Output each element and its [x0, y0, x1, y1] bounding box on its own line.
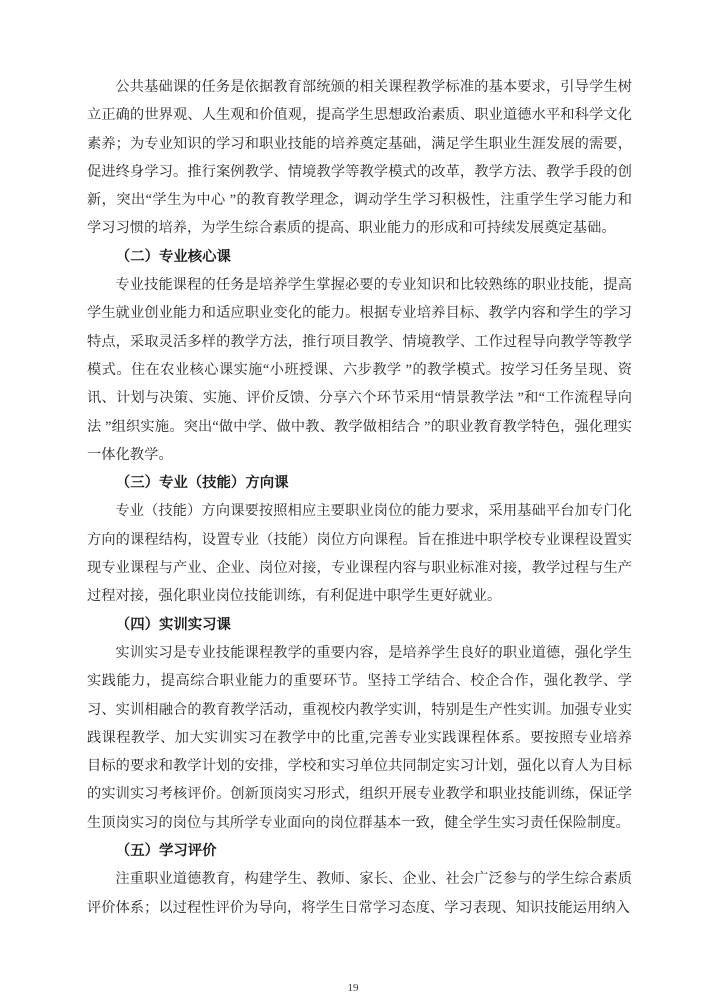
paragraph-skill-direction-courses: 专业（技能）方向课要按照相应主要职业岗位的能力要求，采用基础平台加专门化方向的课…: [87, 497, 632, 610]
document-page: 公共基础课的任务是依据教育部统颁的相关课程教学标准的基本要求，引导学生树立正确的…: [0, 0, 706, 1003]
heading-section-2-core-courses: （二）专业核心课: [87, 243, 632, 271]
paragraph-public-basic-course-tasks: 公共基础课的任务是依据教育部统颁的相关课程教学标准的基本要求，引导学生树立正确的…: [87, 73, 632, 243]
page-footer: 19: [0, 978, 706, 996]
page-number: 19: [348, 982, 359, 994]
document-body: 公共基础课的任务是依据教育部统颁的相关课程教学标准的基本要求，引导学生树立正确的…: [87, 73, 632, 922]
heading-section-3-skill-direction-courses: （三）专业（技能）方向课: [87, 469, 632, 497]
paragraph-core-courses: 专业技能课程的任务是培养学生掌握必要的专业知识和比较熟练的职业技能，提高学生就业…: [87, 271, 632, 469]
heading-section-5-learning-evaluation: （五）学习评价: [87, 837, 632, 865]
paragraph-learning-evaluation: 注重职业道德教育，构建学生、教师、家长、企业、社会广泛参与的学生综合素质评价体系…: [87, 865, 632, 922]
heading-section-4-practical-training-courses: （四）实训实习课: [87, 611, 632, 639]
paragraph-practical-training: 实训实习是专业技能课程教学的重要内容，是培养学生良好的职业道德，强化学生实践能力…: [87, 639, 632, 837]
